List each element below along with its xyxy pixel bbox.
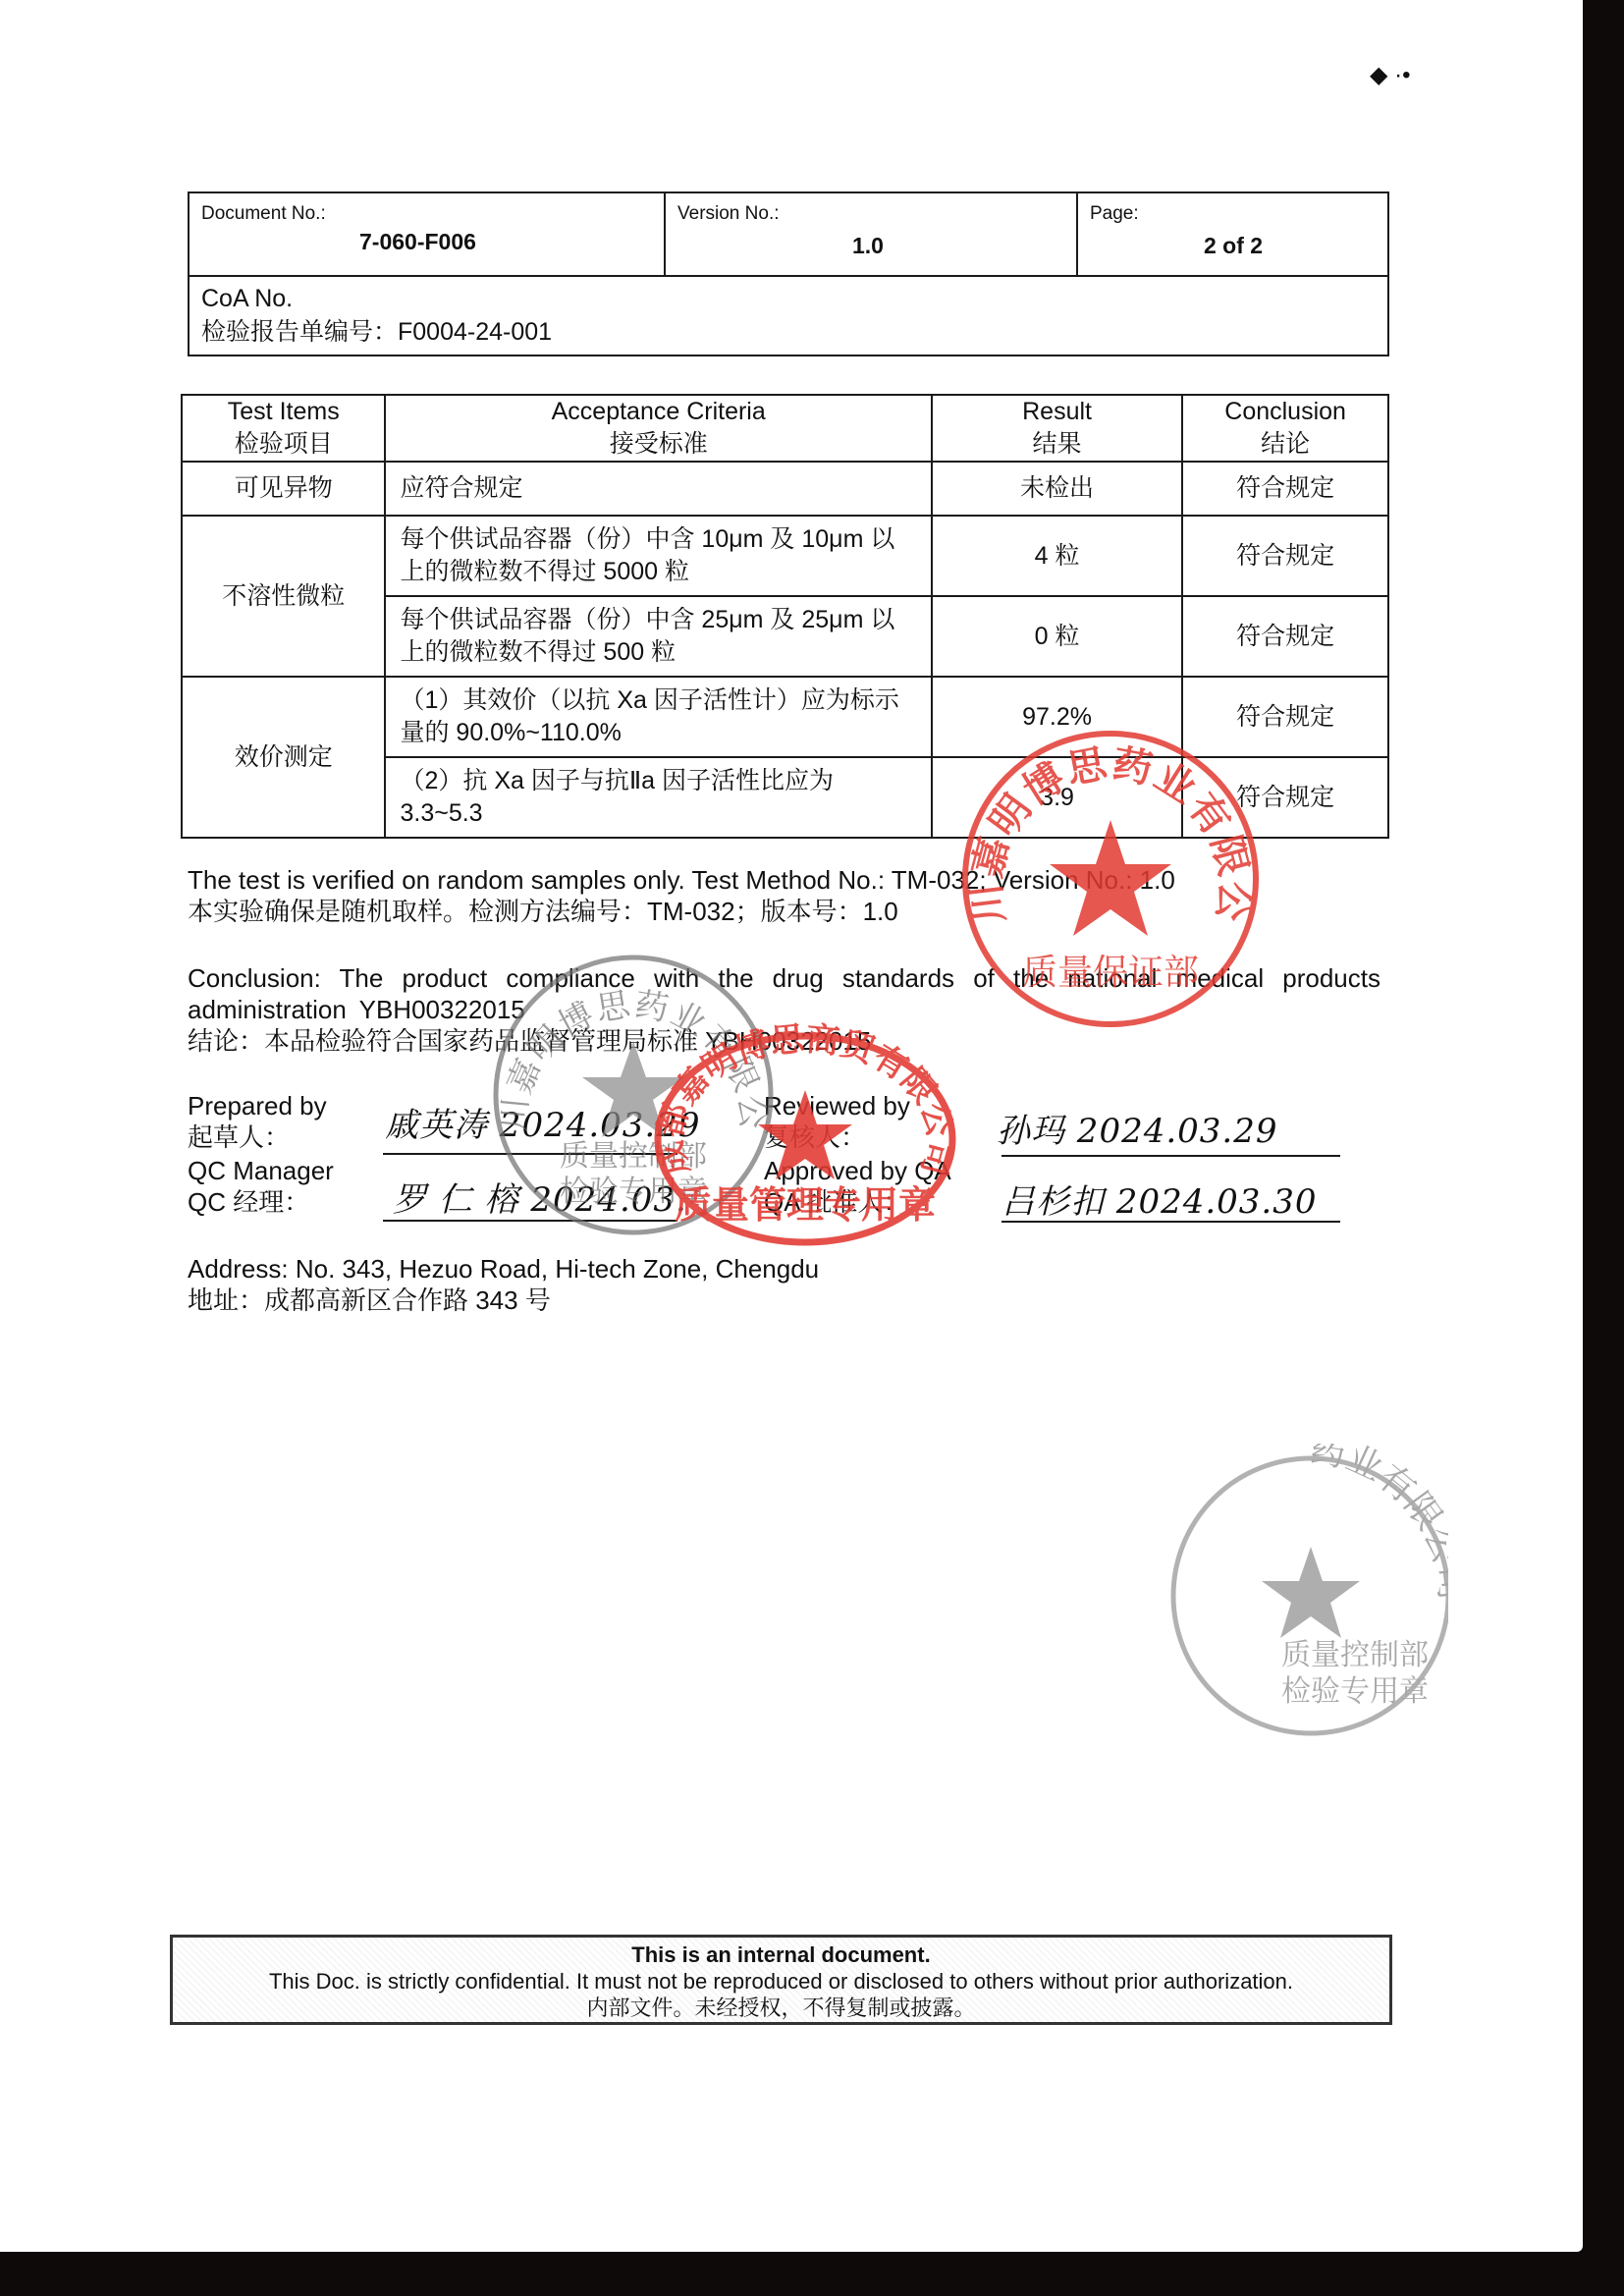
page-label: Page: bbox=[1090, 203, 1139, 225]
result: 4 粒 bbox=[932, 516, 1182, 596]
svg-text:质量控制部: 质量控制部 bbox=[1281, 1638, 1429, 1672]
version-no: 1.0 bbox=[852, 233, 884, 259]
qa-department-stamp: 四川嘉明博思药业有限公司 质量保证部 bbox=[958, 727, 1263, 1031]
reviewed-by-line bbox=[1001, 1155, 1340, 1157]
page-cell: Page: 2 of 2 bbox=[1078, 193, 1387, 275]
test-item: 效价测定 bbox=[182, 677, 385, 838]
page-number: 2 of 2 bbox=[1204, 233, 1263, 259]
star-icon bbox=[758, 1090, 852, 1179]
prepared-by-label: Prepared by起草人： bbox=[188, 1090, 327, 1153]
address-en: Address: No. 343, Hezuo Road, Hi-tech Zo… bbox=[188, 1253, 1380, 1285]
footer-line1: This is an internal document. bbox=[173, 1941, 1389, 1968]
table-row: 不溶性微粒 每个供试品容器（份）中含 10μm 及 10μm 以上的微粒数不得过… bbox=[182, 516, 1388, 596]
quality-management-stamp: 成都嘉明博思商贸有限公司 质量管理专用章 bbox=[648, 1026, 962, 1252]
address: Address: No. 343, Hezuo Road, Hi-tech Zo… bbox=[188, 1253, 1380, 1316]
conclusion: 符合规定 bbox=[1182, 596, 1388, 677]
confidentiality-footer: This is an internal document. This Doc. … bbox=[170, 1935, 1392, 2025]
coa-number: 检验报告单编号：F0004-24-001 bbox=[201, 315, 552, 349]
document-no-label: Document No.: bbox=[201, 203, 326, 225]
coa-label: CoA No. bbox=[201, 282, 552, 315]
qc-inspection-stamp-partial: 药业有限公司 质量控制部 检验专用章 bbox=[1168, 1444, 1448, 1748]
criteria: （2）抗 Xa 因子与抗Ⅱa 因子活性比应为 3.3~5.3 bbox=[385, 757, 931, 838]
corner-pen-marks: ◆ ·• bbox=[1370, 61, 1411, 89]
document-page: ◆ ·• Document No.: 7-060-F006 Version No… bbox=[0, 0, 1583, 2252]
approved-by-signature: 吕杉扣 2024.03.30 bbox=[1001, 1175, 1317, 1223]
table-header-row: Test Items检验项目 Acceptance Criteria接受标准 R… bbox=[182, 395, 1388, 462]
footer-line2: This Doc. is strictly confidential. It m… bbox=[173, 1968, 1389, 1995]
conclusion: 符合规定 bbox=[1182, 462, 1388, 516]
criteria: （1）其效价（以抗 Xa 因子活性计）应为标示量的 90.0%~110.0% bbox=[385, 677, 931, 757]
svg-text:药业有限公司: 药业有限公司 bbox=[1307, 1444, 1448, 1602]
test-item: 不溶性微粒 bbox=[182, 516, 385, 677]
col-acceptance-criteria: Acceptance Criteria接受标准 bbox=[385, 395, 931, 462]
document-no-cell: Document No.: 7-060-F006 bbox=[189, 193, 666, 275]
table-row: 可见异物 应符合规定 未检出 符合规定 bbox=[182, 462, 1388, 516]
svg-text:质量保证部: 质量保证部 bbox=[1022, 953, 1199, 993]
reviewed-by-signature: 孙玛 2024.03.29 bbox=[997, 1104, 1277, 1152]
conclusion: 符合规定 bbox=[1182, 516, 1388, 596]
criteria: 每个供试品容器（份）中含 25μm 及 25μm 以上的微粒数不得过 500 粒 bbox=[385, 596, 931, 677]
coa-block: CoA No. 检验报告单编号：F0004-24-001 bbox=[201, 282, 552, 349]
approved-by-line bbox=[1001, 1221, 1340, 1223]
footer-line3: 内部文件。未经授权，不得复制或披露。 bbox=[173, 1995, 1389, 2021]
qc-manager-label: QC ManagerQC 经理： bbox=[188, 1155, 334, 1218]
result: 未检出 bbox=[932, 462, 1182, 516]
document-header: Document No.: 7-060-F006 Version No.: 1.… bbox=[188, 191, 1389, 356]
document-no: 7-060-F006 bbox=[359, 229, 476, 255]
test-item: 可见异物 bbox=[182, 462, 385, 516]
star-icon bbox=[1262, 1547, 1360, 1638]
criteria: 应符合规定 bbox=[385, 462, 931, 516]
criteria: 每个供试品容器（份）中含 10μm 及 10μm 以上的微粒数不得过 5000 … bbox=[385, 516, 931, 596]
result: 0 粒 bbox=[932, 596, 1182, 677]
version-no-label: Version No.: bbox=[677, 203, 780, 225]
col-result: Result结果 bbox=[932, 395, 1182, 462]
version-no-cell: Version No.: 1.0 bbox=[666, 193, 1078, 275]
col-conclusion: Conclusion结论 bbox=[1182, 395, 1388, 462]
address-zh: 地址：成都高新区合作路 343 号 bbox=[188, 1285, 1380, 1316]
svg-text:质量管理专用章: 质量管理专用章 bbox=[675, 1183, 936, 1227]
svg-text:检验专用章: 检验专用章 bbox=[1281, 1674, 1429, 1709]
col-test-items: Test Items检验项目 bbox=[182, 395, 385, 462]
star-icon bbox=[1050, 820, 1171, 936]
